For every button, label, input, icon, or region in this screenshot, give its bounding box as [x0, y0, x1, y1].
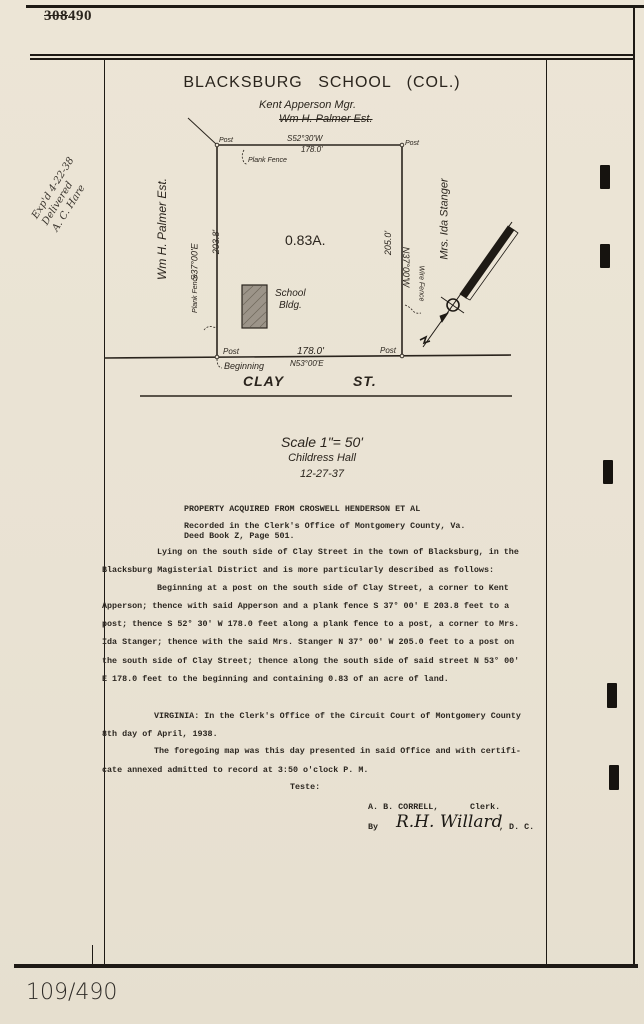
east-owner-label: Mrs. Ida Stanger — [439, 178, 451, 259]
survey-date: 12-27-37 — [0, 466, 644, 482]
east-distance: 205.0' — [383, 231, 393, 255]
metes-line: Ida Stanger; thence with the said Mrs. S… — [102, 636, 514, 648]
beginning-label: Beginning — [224, 361, 264, 371]
south-bearing: N53°00'E — [290, 359, 324, 368]
by-label: By — [368, 821, 378, 833]
post-label-ne: Post — [405, 140, 419, 147]
surveyor-name: Childress Hall — [0, 450, 644, 466]
north-distance: 178.0' — [301, 145, 323, 154]
deed-plat-page: 308490 Exp'd 4-22-38 Delivered A. C. Har… — [0, 0, 644, 1024]
post-label-se: Post — [380, 346, 396, 355]
recorded-line: Deed Book Z, Page 501. — [184, 530, 295, 542]
building-label: School Bldg. — [275, 288, 306, 312]
north-arrow-icon — [420, 222, 518, 347]
west-fence-label: Plank Fence — [192, 274, 199, 313]
metes-line: post; thence S 52° 30' W 178.0 feet alon… — [102, 618, 519, 630]
east-bearing: N37°00'W — [401, 247, 411, 287]
north-fence-label: Plank Fence — [248, 157, 287, 164]
deputy-signature: R.H. Willard — [396, 812, 502, 832]
street-name-st: ST. — [353, 373, 377, 389]
metes-line: the south side of Clay Street; thence al… — [102, 655, 519, 667]
metes-line: Beginning at a post on the south side of… — [157, 582, 509, 594]
scale-block: Scale 1"= 50' Childress Hall 12-27-37 — [0, 434, 644, 482]
foregoing-line: cate annexed admitted to record at 3:50 … — [102, 764, 368, 776]
post-label-nw: Post — [219, 137, 233, 144]
lot-area: 0.83A. — [285, 232, 325, 248]
west-distance: 203.8' — [211, 230, 221, 254]
teste-label: Teste: — [290, 781, 320, 793]
post-label-sw: Post — [223, 347, 239, 356]
deputy-title: , D. C. — [499, 821, 534, 833]
building-label-line: Bldg. — [275, 300, 306, 312]
description-line: Blacksburg Magisterial District and is m… — [102, 564, 494, 576]
metes-line: E 178.0 feet to the beginning and contai… — [102, 673, 449, 685]
description-line: Lying on the south side of Clay Street i… — [157, 546, 519, 558]
certificate-line: VIRGINIA: In the Clerk's Office of the C… — [154, 710, 521, 722]
deed-heading: PROPERTY ACQUIRED FROM CROSWELL HENDERSO… — [184, 503, 420, 515]
west-owner-label: Wm H. Palmer Est. — [155, 178, 169, 280]
scale-label: Scale 1"= 50' — [0, 434, 644, 450]
north-bearing: S52°30'W — [287, 134, 322, 143]
building-label-line: School — [275, 288, 306, 300]
certificate-line: 8th day of April, 1938. — [102, 728, 218, 740]
street-name-clay: CLAY — [243, 373, 284, 389]
south-distance: 178.0' — [297, 346, 324, 357]
footer-index: 109/490 — [26, 980, 117, 1005]
east-fence-label: Wire Fence — [417, 266, 424, 302]
foregoing-line: The foregoing map was this day presented… — [154, 745, 521, 757]
metes-line: Apperson; thence with said Apperson and … — [102, 600, 509, 612]
